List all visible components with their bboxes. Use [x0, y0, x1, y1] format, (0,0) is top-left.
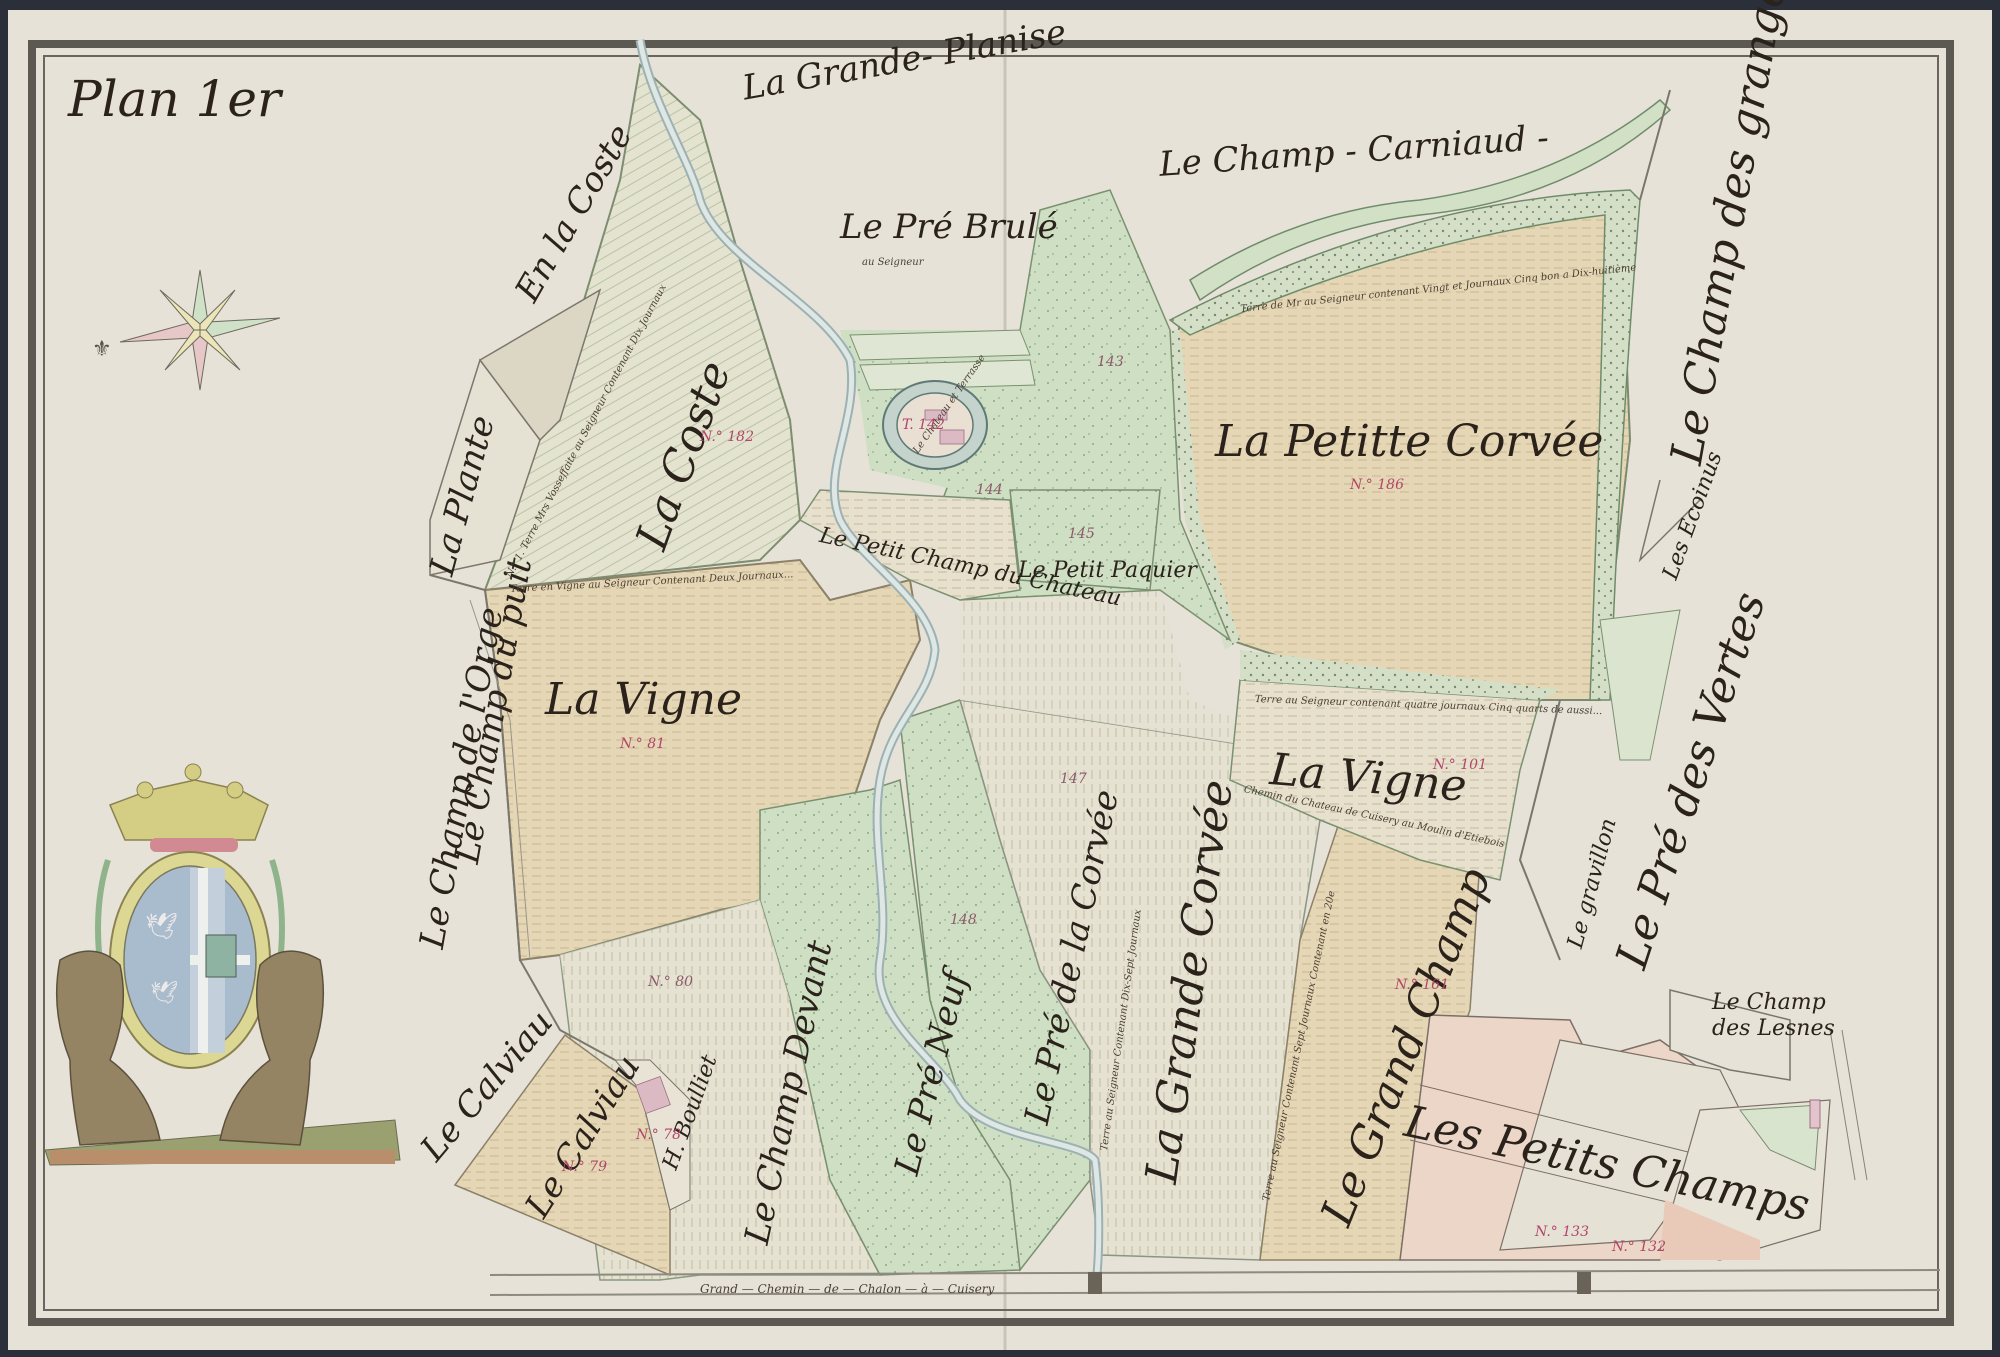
parcel-number: 143	[1097, 355, 1124, 369]
map-sheet: ⚜ 🕊 🕊	[0, 0, 2000, 1357]
parcel-number: N.° 133	[1535, 1225, 1589, 1239]
parcel-number: N.° 81	[620, 737, 665, 751]
parcel-number: N.° 78	[636, 1128, 681, 1142]
label-le-pre-brule: Le Pré Brulé	[840, 210, 1058, 244]
label-la-petite-corvee: La Petitte Corvée	[1215, 420, 1603, 464]
parcel-number: 148	[950, 913, 977, 927]
parcel-number: T. 142	[902, 418, 945, 432]
svg-text:🕊: 🕊	[150, 981, 178, 1006]
parcel-number: N.° 161	[1395, 978, 1449, 992]
parcel-number: N.° 186	[1350, 478, 1404, 492]
label-grand-chemin: Grand — Chemin — de — Chalon — à — Cuise…	[700, 1283, 994, 1295]
label-le-champ-des-lesnes: Le Champ des Lesnes	[1712, 990, 1852, 1043]
parcel-number: 144	[976, 483, 1003, 497]
parcel-number: 147	[1060, 772, 1087, 786]
parcel-number: N.° 101	[1433, 758, 1487, 772]
label-le-pre-brule-sub: au Seigneur	[862, 258, 924, 268]
parcel-number: 145	[1068, 527, 1095, 541]
svg-text:⚜: ⚜	[92, 337, 112, 362]
parcel-number: N.° 79	[562, 1160, 607, 1174]
parcel-number: N.° 80	[648, 975, 693, 989]
label-le-petit-paquier: Le Petit Paquier	[1018, 560, 1197, 582]
label-la-vigne-west: La Vigne	[545, 678, 742, 722]
svg-text:🕊: 🕊	[145, 912, 178, 942]
parcel-number: N.° 182	[700, 430, 754, 444]
parcel-number: N.° 132	[1612, 1240, 1666, 1254]
map-title: Plan 1er	[68, 74, 281, 124]
